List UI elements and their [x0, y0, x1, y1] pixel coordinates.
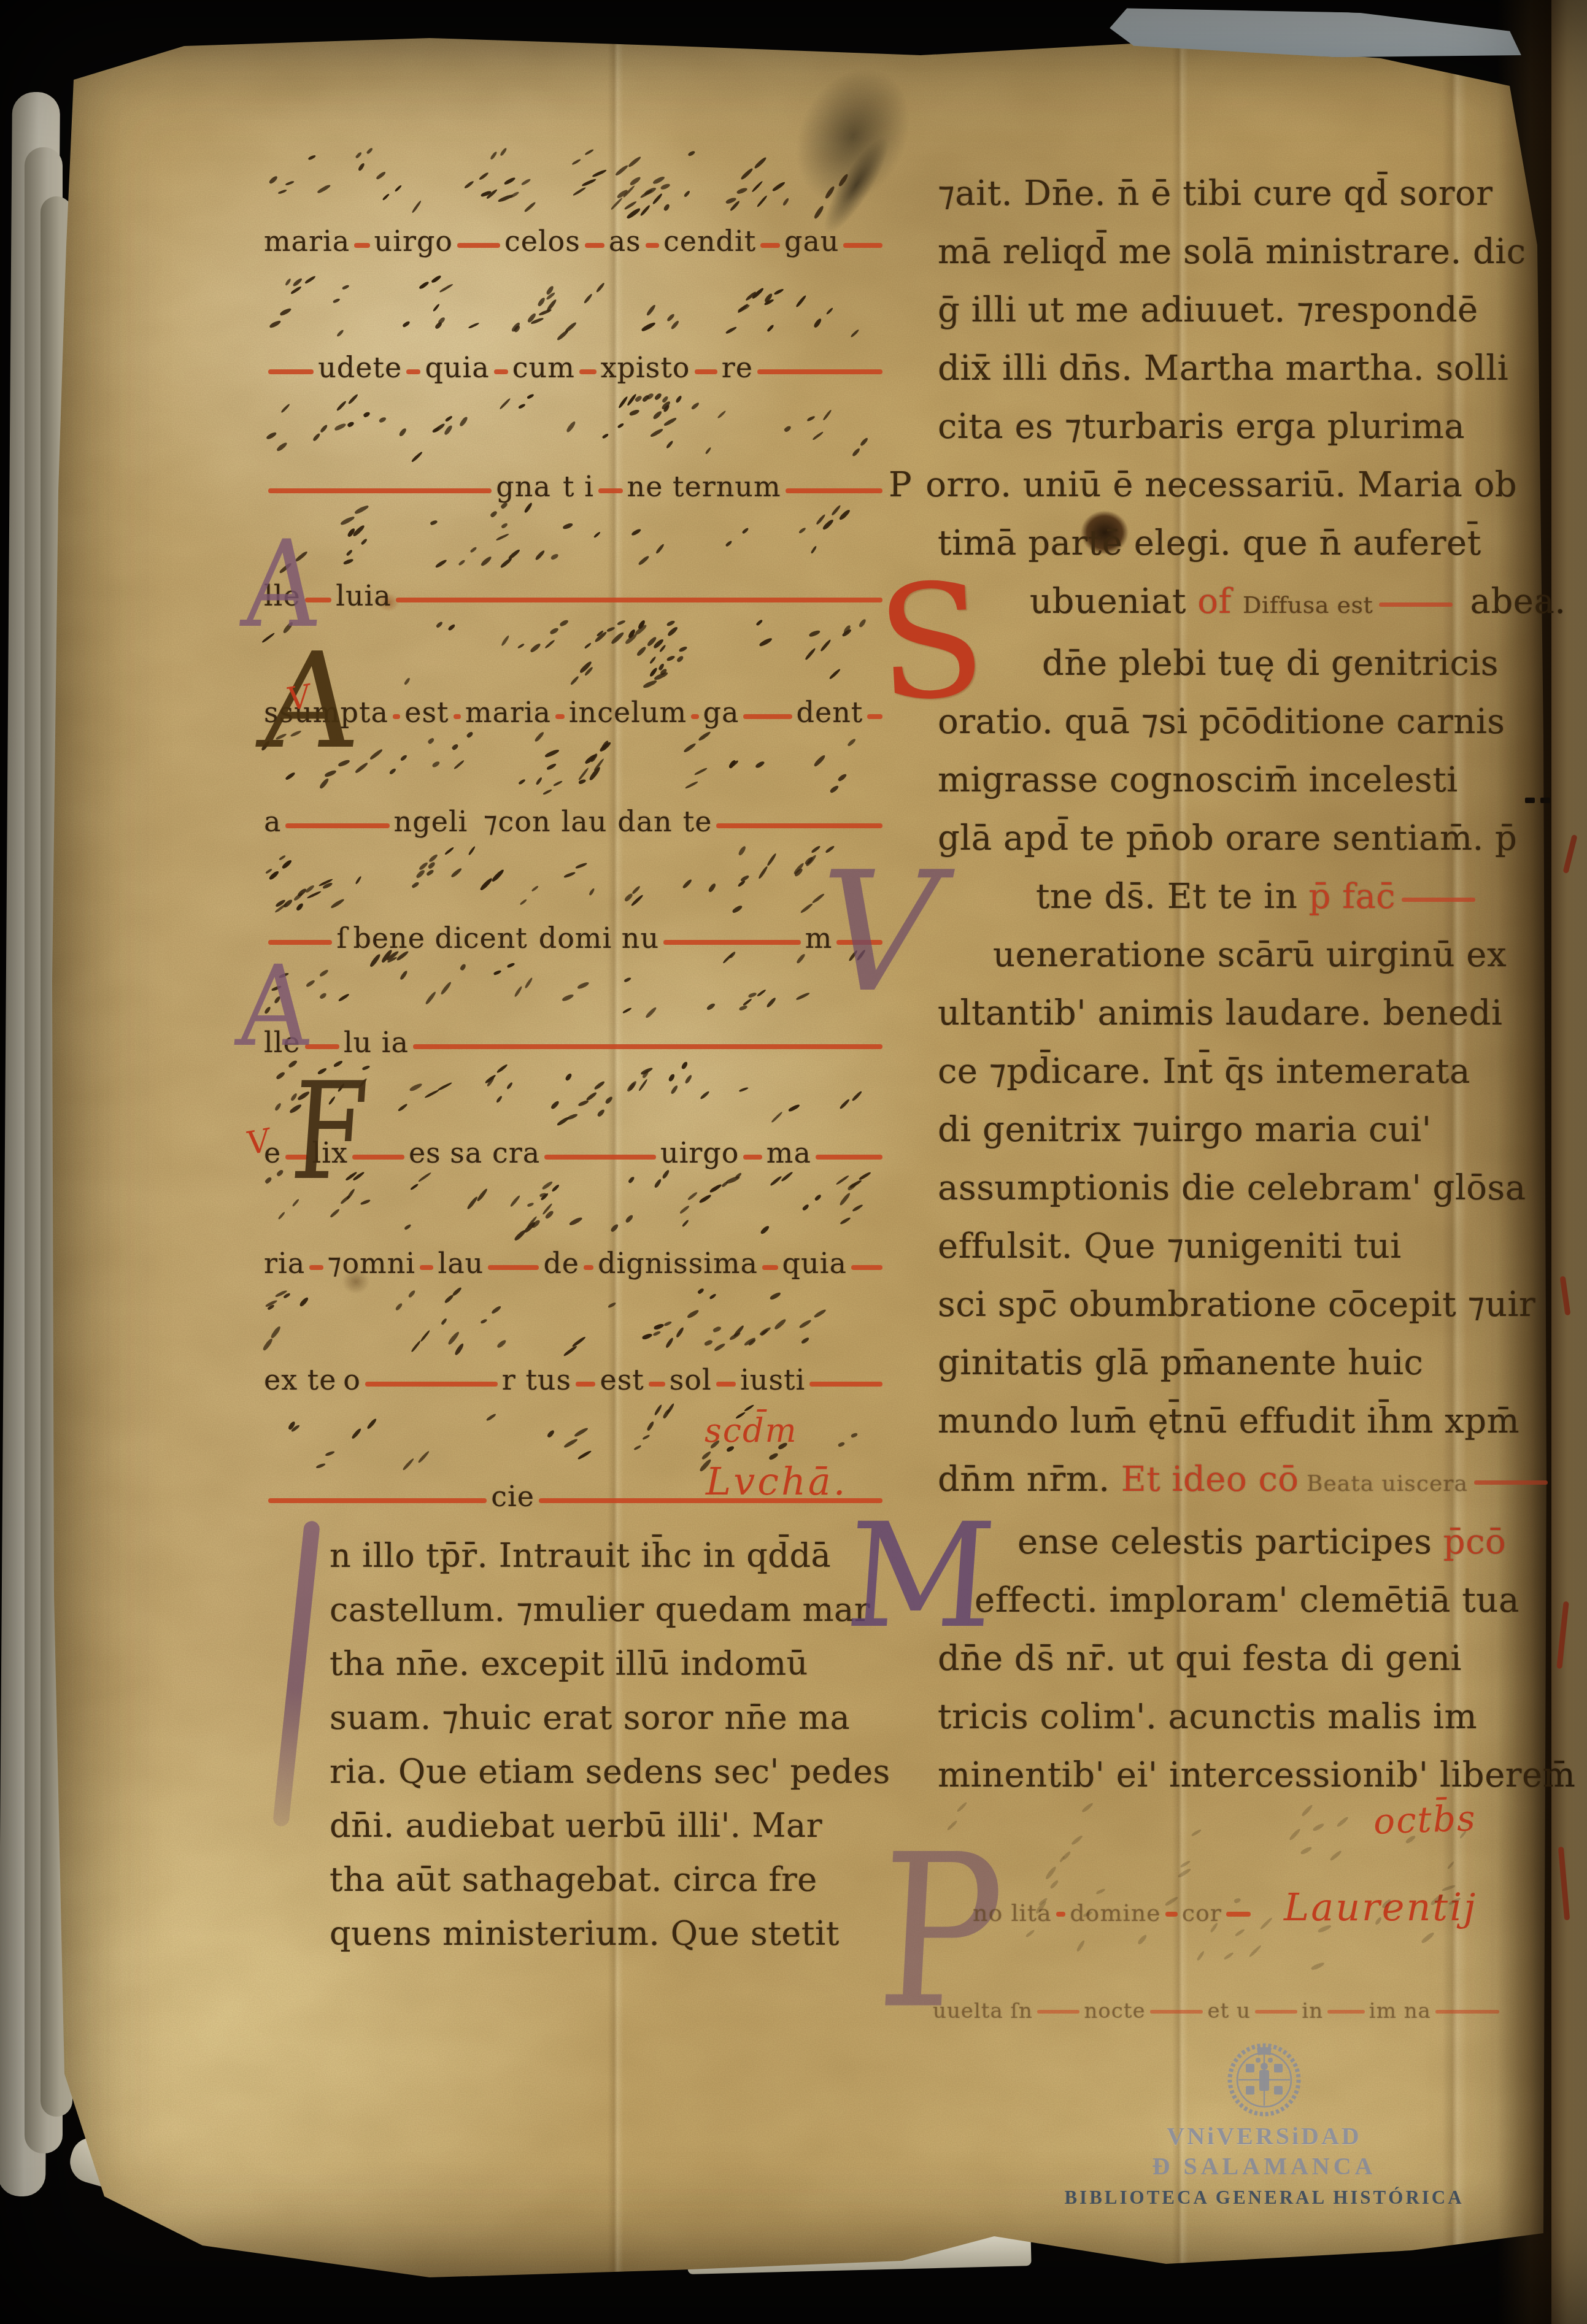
neume-mark: [509, 191, 520, 198]
neume-mark: [523, 201, 536, 213]
neume-mark: [486, 1077, 495, 1088]
neume-mark: [759, 637, 773, 647]
neume-mark: [738, 879, 746, 887]
faded-neumes: [945, 1801, 1485, 2022]
neume-mark: [838, 509, 851, 521]
neume-mark: [740, 167, 754, 180]
neume-mark: [795, 294, 807, 308]
neume-mark: [443, 425, 454, 436]
neume-mark: [678, 646, 688, 653]
neume-mark: [479, 172, 489, 181]
neume-mark: [743, 998, 752, 1006]
neume-mark: [652, 175, 665, 185]
lyric-word: dan: [617, 805, 673, 838]
neume-mark: [520, 899, 528, 906]
text-segment: tne ds̄. Et te in: [1036, 877, 1309, 917]
neume-mark: [739, 1005, 748, 1012]
lyric-word: lau: [438, 1247, 484, 1280]
neume-mark: [722, 1180, 729, 1187]
neume-mark: [333, 298, 341, 303]
text-segment: migrasse cognoscim̄ incelesti: [938, 760, 1458, 800]
neume-mark: [450, 867, 463, 878]
lyric-word: de: [543, 1247, 579, 1280]
neume-mark: [544, 748, 560, 758]
neume-mark: [319, 969, 329, 977]
neume-mark: [317, 184, 332, 194]
music-system: mariauirgocelosascenditgau: [264, 147, 887, 270]
neume-mark: [269, 319, 282, 328]
neume-mark: [851, 1432, 859, 1438]
neume-mark: [433, 422, 446, 433]
staff-red-line: [268, 488, 492, 493]
neume-mark: [545, 1210, 555, 1220]
neume-mark: [279, 972, 290, 979]
neume-mark: [320, 423, 328, 433]
music-system: angeli⁊conlaudante: [264, 728, 887, 850]
lyric-gap: [673, 828, 683, 828]
text-line: assumptionis die celebram' glōsa: [938, 1159, 1521, 1217]
neume-mark: [452, 1287, 462, 1296]
neume-mark: [466, 1195, 479, 1209]
neume-mark: [770, 1175, 782, 1187]
neume-mark: [549, 627, 559, 635]
lyric-word: celos: [504, 225, 581, 258]
neume-mark: [407, 1290, 416, 1299]
neume-mark: [667, 626, 679, 637]
neume-mark: [434, 321, 443, 330]
lyric-word: ssumpta: [264, 696, 388, 729]
neume-mark: [517, 643, 525, 649]
text-line: migrasse cognoscim̄ incelesti: [938, 751, 1521, 809]
neume-mark: [319, 878, 333, 887]
text-segment: ultantib' animis laudare. benedi: [938, 993, 1502, 1033]
neume-mark: [453, 760, 465, 770]
neume-mark: [608, 1302, 616, 1309]
neume-mark: [285, 771, 296, 780]
neume-mark: [756, 619, 763, 626]
neume-mark: [275, 1290, 288, 1298]
text-line: ce ⁊pd̄icare. Int̄ q̄s intemerata: [938, 1042, 1521, 1101]
neume-mark: [527, 393, 535, 399]
gospel-text-line: ria. Que etiam sedens sec' pedes: [330, 1745, 888, 1799]
neume-mark: [780, 1171, 793, 1182]
neume-mark: [334, 422, 347, 431]
neume-mark: [584, 642, 592, 649]
neume-mark: [840, 1217, 851, 1225]
staff-red-line: [393, 714, 400, 719]
neume-mark: [709, 1183, 722, 1194]
neume-mark: [279, 307, 292, 316]
neume-mark: [638, 555, 650, 566]
neume-mark: [717, 410, 726, 419]
neume-mark: [577, 1450, 592, 1460]
neume-field: [264, 844, 887, 920]
neume-mark: [404, 1223, 412, 1230]
neume-mark: [281, 858, 293, 869]
neume-mark: [813, 1309, 827, 1319]
neume-mark: [345, 1171, 358, 1182]
neume-mark: [351, 1428, 362, 1440]
text-line: effecti. imploram' clemētiā tua: [938, 1571, 1521, 1629]
neume-mark: [730, 200, 741, 212]
text-segment: ginitatis glā pm̄anente huic: [938, 1343, 1423, 1383]
neume-mark: [757, 194, 768, 207]
text-segment: orro. uniū ē necessariū. Maria ob: [925, 465, 1517, 505]
versicle-mark: V: [287, 677, 311, 718]
neume-mark: [276, 441, 288, 452]
text-segment: glā apd̄ te pn̄ob orare sentiam̄. p̄: [938, 818, 1517, 858]
neume-mark: [507, 962, 515, 968]
neume-mark: [733, 1325, 746, 1337]
neume-mark: [509, 1195, 521, 1207]
lyric-word: uirgo: [660, 1136, 739, 1169]
neume-mark: [415, 869, 426, 879]
neume-mark: [531, 1218, 541, 1228]
neume-mark: [1224, 1952, 1234, 1960]
neume-mark: [593, 758, 605, 771]
neume-mark: [538, 309, 552, 317]
neume-mark: [631, 894, 644, 906]
lyric-line: ria⁊omnilaudedignissimaquia: [264, 1247, 887, 1280]
staff-red-line: [836, 940, 882, 945]
staff-red-line: [494, 369, 508, 374]
neume-mark: [592, 169, 607, 178]
neume-mark: [264, 1006, 272, 1015]
neume-mark: [328, 1096, 336, 1105]
neume-mark: [766, 997, 776, 1008]
neume-mark: [836, 1174, 850, 1185]
neume-mark: [593, 531, 601, 538]
neume-mark: [841, 628, 852, 637]
neume-mark: [682, 879, 693, 889]
neume-mark: [550, 553, 559, 561]
neume-mark: [288, 1103, 303, 1114]
neume-mark: [578, 779, 586, 785]
neume-mark: [1289, 1828, 1302, 1841]
neume-mark: [411, 451, 423, 463]
neume-mark: [504, 176, 516, 185]
staff-red-line: [716, 1382, 736, 1387]
neume-mark: [402, 1458, 414, 1471]
neume-field: [264, 502, 887, 578]
neume-field: [264, 728, 887, 804]
neume-mark: [663, 404, 671, 412]
neume-field: [264, 948, 887, 1025]
neume-mark: [631, 528, 641, 536]
neume-mark: [338, 993, 350, 1002]
neume-mark: [501, 634, 510, 646]
neume-mark: [636, 645, 647, 656]
neume-mark: [800, 1336, 809, 1344]
neume-mark: [681, 1061, 689, 1070]
neume-mark: [725, 196, 737, 204]
neume-mark: [604, 1095, 613, 1104]
text-line: dn̄m nr̄m. Et ideo cō Beata uiscera: [938, 1450, 1521, 1513]
text-line: dix̄ illi dn̄s. Martha martha. solli: [938, 339, 1521, 398]
staff-red-line: [305, 598, 332, 602]
neume-mark: [635, 394, 643, 402]
staff-red-line: [584, 1265, 593, 1270]
neume-mark: [466, 731, 474, 739]
neume-mark: [464, 180, 474, 190]
neume-mark: [643, 187, 657, 196]
lyric-word: est: [600, 1363, 644, 1396]
gospel-text-line: n illo tp̄r̄. Intrauit ih̄c in qd̄dā: [330, 1529, 888, 1583]
neume-mark: [447, 624, 456, 632]
neume-mark: [330, 1208, 341, 1218]
text-segment: sci spc̄ obumbratione cōcepit ⁊uir: [938, 1285, 1535, 1325]
neume-mark: [496, 1095, 503, 1104]
library-watermark: VNiVERSiDAD Ð SALAMANCA BIBLIOTECA GENER…: [994, 2043, 1534, 2209]
music-system: gnatine ternum: [264, 393, 887, 515]
neume-mark: [814, 1194, 822, 1201]
neume-mark: [770, 1291, 782, 1301]
neume-mark: [583, 293, 593, 303]
neume-mark: [485, 1413, 496, 1422]
neume-mark: [584, 148, 594, 156]
neume-mark: [852, 1204, 863, 1212]
neume-mark: [513, 1229, 527, 1242]
neume-mark: [666, 313, 676, 322]
neume-mark: [570, 675, 580, 686]
lyric-line: elixessa crauirgoma: [264, 1136, 887, 1169]
text-line: tne ds̄. Et te in p̄ fac̄: [938, 868, 1521, 926]
staff-red-line: [757, 369, 882, 374]
neume-mark: [292, 1199, 300, 1207]
neume-mark: [562, 993, 574, 1002]
neume-mark: [663, 203, 670, 212]
neume-mark: [670, 320, 680, 330]
neume-mark: [594, 631, 608, 643]
neume-mark: [1076, 1939, 1086, 1952]
neume-mark: [360, 1199, 371, 1206]
neume-mark: [500, 557, 513, 569]
neume-mark: [771, 181, 786, 192]
watermark-university: VNiVERSiDAD: [994, 2122, 1534, 2150]
lyric-gap: [551, 493, 563, 493]
neume-mark: [546, 763, 557, 771]
lyric-word: sol: [670, 1363, 712, 1396]
neume-mark: [491, 1305, 502, 1314]
neume-mark: [658, 663, 665, 671]
neume-mark: [774, 288, 784, 295]
neume-mark: [546, 292, 555, 301]
neume-mark: [640, 188, 654, 198]
neume-mark: [641, 394, 650, 403]
staff-red-line: [843, 243, 882, 248]
neume-mark: [798, 527, 806, 534]
neume-mark: [523, 1221, 537, 1234]
text-segment: tricis colim'. acunctis malis im: [938, 1697, 1477, 1737]
neume-mark: [830, 504, 841, 516]
neume-mark: [628, 409, 640, 417]
neume-mark: [565, 420, 576, 433]
text-segment: dn̄m nr̄m.: [938, 1460, 1121, 1499]
neume-mark: [751, 180, 763, 193]
neume-mark: [706, 1002, 716, 1011]
neume-mark: [624, 977, 631, 983]
neume-mark: [741, 527, 749, 534]
neume-mark: [1248, 1944, 1262, 1957]
neume-mark: [647, 636, 658, 647]
neume-mark: [646, 1420, 655, 1431]
lyric-word: cendit: [663, 225, 756, 258]
neume-mark: [660, 183, 671, 190]
neume-mark: [757, 989, 766, 997]
neume-mark: [285, 278, 292, 286]
neume-mark: [276, 1169, 284, 1177]
neume-mark: [1081, 1802, 1094, 1814]
neume-mark: [736, 303, 749, 314]
neume-mark: [686, 1309, 699, 1319]
lyric-word: r tus: [502, 1363, 571, 1396]
text-line: ubueniat of Diffusa est abea.: [938, 572, 1521, 634]
facing-page-edge: [1551, 0, 1587, 2324]
neume-mark: [490, 151, 498, 160]
neume-mark: [822, 409, 832, 421]
facing-page-red-mark: [1556, 1601, 1569, 1669]
neume-mark: [468, 846, 476, 856]
lyric-line: lleluia: [264, 579, 887, 612]
watermark-library: BIBLIOTECA GENERAL HISTÓRICA: [994, 2187, 1534, 2209]
neume-mark: [576, 862, 588, 869]
lyric-word: es: [409, 1136, 441, 1169]
neume-mark: [633, 1445, 641, 1451]
neume-mark: [514, 986, 523, 998]
neume-mark: [638, 1079, 648, 1091]
neume-mark: [523, 502, 533, 514]
neume-mark: [274, 899, 286, 908]
neume-mark: [500, 147, 508, 156]
neume-mark: [798, 1318, 812, 1329]
lyric-word: lle: [264, 1026, 301, 1059]
neume-mark: [668, 1073, 676, 1082]
watermark-salamanca: Ð SALAMANCA: [994, 2152, 1534, 2180]
staff-red-line: [268, 369, 314, 374]
neume-mark: [773, 1318, 787, 1331]
neume-mark: [709, 1293, 717, 1300]
neume-mark: [550, 1100, 560, 1110]
neume-mark: [468, 322, 479, 329]
neume-mark: [597, 1109, 605, 1118]
lyric-word: ex te: [264, 1363, 337, 1396]
lyric-gap: [441, 1159, 450, 1160]
neume-mark: [597, 630, 604, 637]
text-line: tricis colim'. acunctis malis im: [938, 1688, 1521, 1746]
neume-mark: [348, 393, 359, 405]
text-segment: ense celestis participes: [1017, 1522, 1443, 1562]
neume-mark: [627, 1175, 635, 1183]
neume-mark: [1137, 1934, 1148, 1945]
neume-mark: [738, 845, 747, 856]
lyric-gap: [528, 944, 539, 945]
neume-mark: [665, 1337, 674, 1349]
neume-mark: [362, 1065, 371, 1071]
text-line: ense celestis participes p̄cō: [938, 1513, 1521, 1571]
neume-mark: [825, 845, 836, 853]
text-line: ḡ illi ut me adiuuet. ⁊respondē: [938, 281, 1521, 339]
neume-mark: [438, 1082, 453, 1091]
neume-mark: [319, 992, 327, 1000]
neume-mark: [843, 624, 852, 634]
neume-mark: [363, 411, 371, 418]
neume-mark: [539, 1192, 546, 1198]
neume-mark: [355, 761, 369, 774]
neume-mark: [1095, 1888, 1106, 1895]
lyric-word: lle: [264, 579, 301, 612]
neume-mark: [766, 324, 774, 333]
lyric-word: a: [264, 805, 281, 838]
neume-mark: [496, 1339, 507, 1349]
neume-mark: [851, 1090, 862, 1101]
neume-mark: [439, 283, 454, 293]
text-line: effulsit. Que ⁊unigeniti tui: [938, 1217, 1521, 1276]
text-segment: dix̄ illi dn̄s. Martha martha. solli: [938, 348, 1508, 388]
neume-mark: [517, 779, 525, 785]
neume-mark: [760, 1225, 770, 1235]
lyric-word: lau: [562, 805, 608, 838]
neume-mark: [764, 298, 774, 306]
neume-mark: [427, 861, 436, 869]
rubric-lucham: Lvchā.: [706, 1459, 848, 1504]
neume-mark: [563, 1345, 578, 1356]
neume-mark: [282, 621, 294, 634]
neume-mark: [432, 426, 440, 433]
rubric-secundum: scd̄m: [705, 1411, 798, 1450]
lyric-word: xpisto: [601, 351, 690, 384]
neume-mark: [654, 1404, 663, 1416]
staff-red-line: [544, 1155, 656, 1160]
neume-mark: [1196, 1950, 1205, 1961]
neume-mark: [859, 437, 869, 447]
neume-mark: [354, 504, 369, 515]
neume-mark: [704, 1339, 714, 1347]
neume-field: [264, 1059, 887, 1135]
neume-mark: [411, 882, 420, 890]
neume-mark: [808, 629, 821, 638]
neume-mark: [1374, 1917, 1382, 1926]
text-line: mā reliqd̄ me solā ministrare. dic: [938, 223, 1521, 281]
neume-mark: [858, 618, 867, 628]
neume-mark: [660, 668, 668, 675]
neume-mark: [693, 768, 707, 776]
neume-mark: [743, 1337, 756, 1347]
neume-mark: [796, 991, 810, 1001]
neume-mark: [653, 638, 665, 649]
neume-mark: [458, 560, 466, 567]
lyric-line: ex teor tusestsoliusti: [264, 1363, 887, 1396]
neume-mark: [295, 550, 309, 563]
neume-mark: [527, 1202, 535, 1208]
neume-mark: [652, 193, 663, 205]
neume-mark: [698, 1194, 712, 1204]
neume-mark: [427, 737, 435, 744]
neume-mark: [376, 171, 386, 180]
text-segment: dn̄e ds̄ nr̄. ut qui festa di geni: [938, 1639, 1462, 1679]
neume-mark: [599, 741, 612, 753]
text-segment: ubueniat: [1030, 582, 1197, 621]
neume-field: [264, 274, 887, 350]
neume-mark: [725, 1175, 741, 1185]
staff-red-line: [663, 940, 801, 945]
lyric-word: ngeli: [394, 805, 468, 838]
neume-mark: [398, 1103, 408, 1112]
text-segment: mā reliqd̄ me solā ministrare. dic: [938, 232, 1526, 272]
neume-mark: [595, 282, 605, 292]
neume-mark: [359, 1078, 368, 1088]
neume-mark: [793, 868, 803, 877]
neume-mark: [816, 514, 826, 525]
